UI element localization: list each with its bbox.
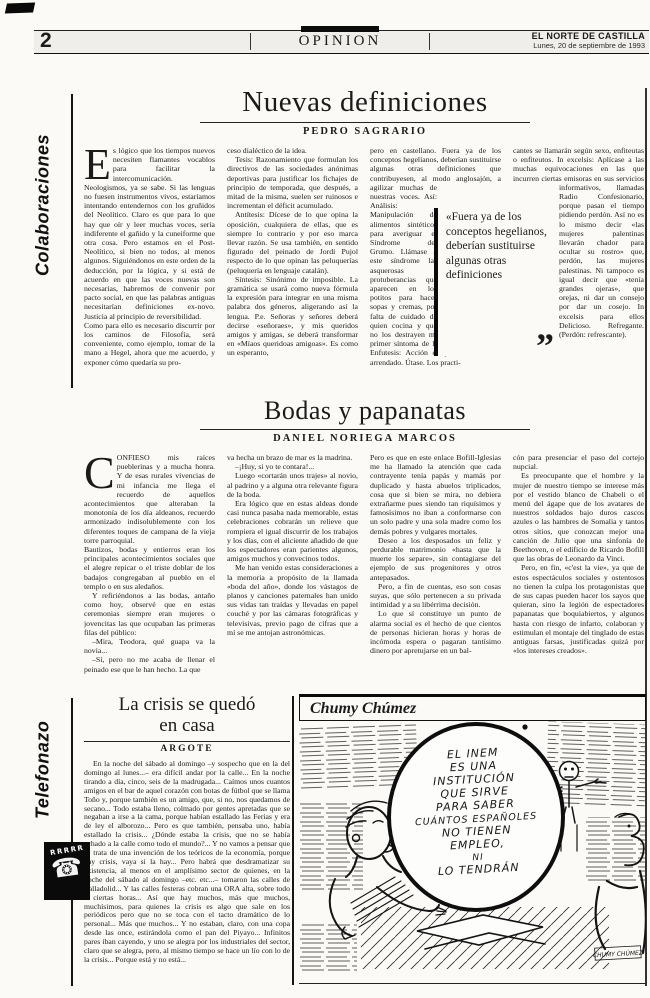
- paragraph: Deseo a los desposados un feliz y perdur…: [370, 536, 501, 582]
- column-paragraphs: Bautizos, bodas y entierros eran los pri…: [84, 545, 215, 674]
- paragraph: Pero es que en este enlace Bofill-Iglesi…: [370, 453, 501, 536]
- column-paragraphs: Como para ello es necesario discurrir po…: [84, 321, 215, 367]
- paragraph: En la noche del sábado al domingo –y sos…: [84, 760, 290, 965]
- paragraph: –¡Huy, si yo te contara!...: [227, 462, 358, 471]
- paragraph: Pero, a fin de cuentas, eso son cosas su…: [370, 582, 501, 610]
- article-author: DANIEL NORIEGA MARCOS: [84, 433, 646, 444]
- article-column-4: cón para presenciar el paso del cortejo …: [513, 453, 644, 689]
- paragraph: Me han venido estas consideraciones a la…: [227, 563, 358, 637]
- paragraph: Como para ello es necesario discurrir po…: [84, 321, 215, 367]
- article-title: Nuevas definiciones: [84, 86, 646, 118]
- drop-cap: E: [84, 146, 113, 182]
- page-number: 2: [40, 30, 52, 52]
- article-column-2: va hecha un brazo de mar es la madrina.–…: [227, 453, 358, 689]
- column-text: sus servicios informativos, llamadas Rad…: [559, 174, 644, 339]
- article-nuevas-definiciones: Nuevas definiciones PEDRO SAGRARIO Es ló…: [84, 86, 646, 378]
- paragraph: ceso dialéctico de la idea.: [227, 146, 358, 155]
- section-label-telefonazo: Telefonazo: [26, 700, 60, 840]
- pull-quote: «Fuera ya de los conceptos hegelianos, d…: [434, 208, 556, 356]
- paragraph: Pero, en fin, «c'est la vie», ya que de …: [513, 563, 644, 655]
- paragraph: Luego «cortarán unos trajes» al novio, a…: [227, 471, 358, 499]
- article-title-line2: en casa: [84, 715, 290, 736]
- paragraph: Antítesis: Dícese de lo que opina la opo…: [227, 210, 358, 274]
- paragraph: Y refiriéndonos a las bodas, antaño como…: [84, 591, 215, 637]
- paragraph: Era lógico que en estas aldeas donde cas…: [227, 499, 358, 563]
- article-la-crisis-se-quedo-en-casa: La crisis se quedó en casa ARGOTE En la …: [84, 694, 290, 972]
- article-column-1: CONFIESO mis raíces pueblerinas y a much…: [84, 453, 215, 689]
- editorial-cartoon: Chumy Chúmez: [299, 694, 646, 984]
- drop-cap: C: [84, 453, 117, 491]
- cartoon-signature: CHUMY CHÚMEZ: [593, 946, 644, 961]
- article-author: ARGOTE: [84, 744, 290, 754]
- article-column-3: Pero es que en este enlace Bofill-Iglesi…: [370, 453, 501, 689]
- article-title-line1: La crisis se quedó: [84, 694, 290, 715]
- phone-glyph: ☎: [42, 853, 91, 885]
- title-rule: [200, 429, 530, 430]
- paragraph: Tesis: Razonamiento que formulan los dir…: [227, 155, 358, 210]
- article-column-1: Es lógico que los tiempos nuevos necesit…: [84, 146, 215, 378]
- gutter-rule-top: [71, 94, 73, 388]
- bottom-divider-rule: [292, 696, 294, 985]
- paragraph: –Mira, Teodora, qué guapa va la novia...: [84, 637, 215, 655]
- issue-date: Lunes, 20 de septiembre de 1993: [532, 41, 645, 50]
- title-rule: [84, 741, 290, 742]
- masthead: EL NORTE DE CASTILLA Lunes, 20 de septie…: [532, 31, 645, 50]
- section-label-colaboraciones: Colaboraciones: [26, 100, 60, 310]
- article-column-2: ceso dialéctico de la idea.Tesis: Razona…: [227, 146, 358, 378]
- telephone-icon: RRRRR ☎: [44, 842, 90, 900]
- article-columns: Es lógico que los tiempos nuevos necesit…: [84, 146, 646, 378]
- svg-text:NI: NI: [472, 853, 484, 864]
- scan-corner-mark: [5, 3, 35, 14]
- article-title: Bodas y papanatas: [84, 396, 646, 425]
- paragraph: cón para presenciar el paso del cortejo …: [513, 453, 644, 471]
- article-columns: CONFIESO mis raíces pueblerinas y a much…: [84, 453, 646, 689]
- article-author: PEDRO SAGRARIO: [84, 126, 646, 137]
- article-bodas-y-papanatas: Bodas y papanatas DANIEL NORIEGA MARCOS …: [84, 396, 646, 689]
- paragraph: Síntesis: Sinónimo de imposible. La gram…: [227, 275, 358, 358]
- title-rule: [200, 122, 530, 123]
- paragraph: Es preocupante que el hombre y la mujer …: [513, 471, 644, 563]
- newspaper-page: 2 OPINION EL NORTE DE CASTILLA Lunes, 20…: [0, 0, 650, 998]
- paragraph: Lo que sí constituye un punto de alarma …: [370, 609, 501, 655]
- newspaper-name: EL NORTE DE CASTILLA: [532, 31, 645, 41]
- paragraph: Bautizos, bodas y entierros eran los pri…: [84, 545, 215, 591]
- section-title: OPINION: [250, 33, 430, 50]
- paragraph: –Sí, pero no me acaba de llenar el peina…: [84, 655, 215, 673]
- speech-bubble: EL INEM ES UNA INSTITUCIÓN QUE SIRVE PAR…: [389, 724, 563, 910]
- cartoonist-byline: Chumy Chúmez: [299, 694, 646, 721]
- closing-quote-icon: ”: [536, 328, 554, 364]
- paragraph: va hecha un brazo de mar es la madrina.: [227, 453, 358, 462]
- article-body: En la noche del sábado al domingo –y sos…: [84, 760, 290, 972]
- section-header: OPINION: [250, 26, 430, 50]
- column-text: pero en castellano. Fuera ya de los conc…: [370, 146, 501, 183]
- section-bar: [301, 26, 379, 32]
- cartoon-drawing: EL INEM ES UNA INSTITUCIÓN QUE SIRVE PAR…: [299, 721, 646, 984]
